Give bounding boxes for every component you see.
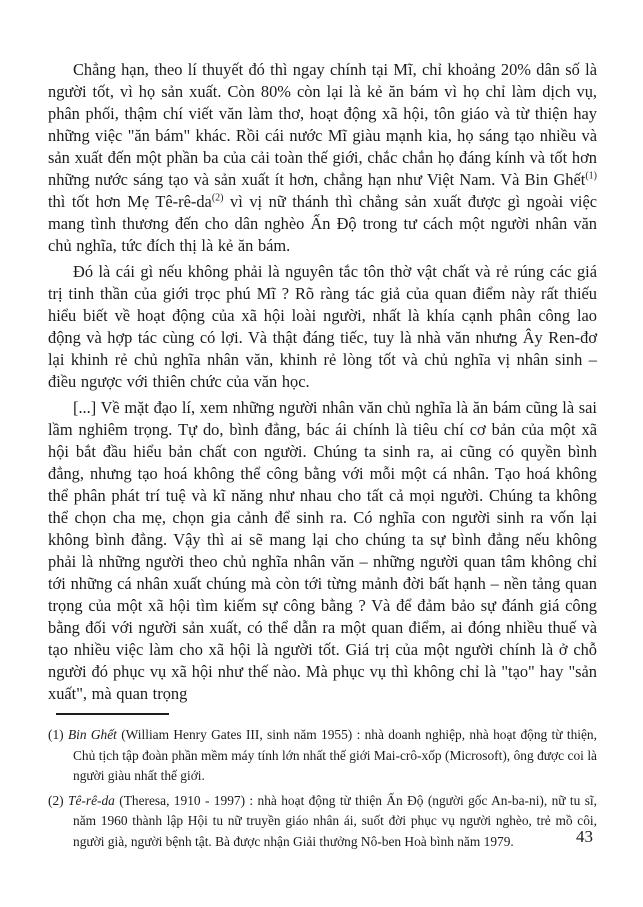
- paragraph-3: [...] Về mặt đạo lí, xem những người nhâ…: [48, 397, 597, 705]
- footnote-1: (1) Bin Ghết (William Henry Gates III, s…: [48, 725, 597, 787]
- paragraph-2: Đó là cái gì nếu không phải là nguyên tắ…: [48, 261, 597, 393]
- page-number: 43: [48, 826, 593, 848]
- footnote-1-text: (William Henry Gates III, sinh năm 1955)…: [73, 727, 597, 783]
- paragraph-1-text-b: thì tốt hơn Mẹ Tê-rê-da: [48, 192, 212, 211]
- page-content: Chẳng hạn, theo lí thuyết đó thì ngay ch…: [48, 59, 597, 856]
- footnote-1-marker: (1): [48, 727, 64, 742]
- footnote-2-marker: (2): [48, 793, 64, 808]
- paragraph-1-text-a: Chẳng hạn, theo lí thuyết đó thì ngay ch…: [48, 60, 597, 189]
- footnote-ref-2: (2): [212, 193, 224, 204]
- footnote-separator: [56, 713, 169, 715]
- footnote-2-name: Tê-rê-da: [68, 793, 115, 808]
- footnote-1-name: Bin Ghết: [68, 727, 117, 742]
- paragraph-1: Chẳng hạn, theo lí thuyết đó thì ngay ch…: [48, 59, 597, 257]
- footnote-ref-1: (1): [585, 171, 597, 182]
- document-page: Chẳng hạn, theo lí thuyết đó thì ngay ch…: [0, 0, 643, 907]
